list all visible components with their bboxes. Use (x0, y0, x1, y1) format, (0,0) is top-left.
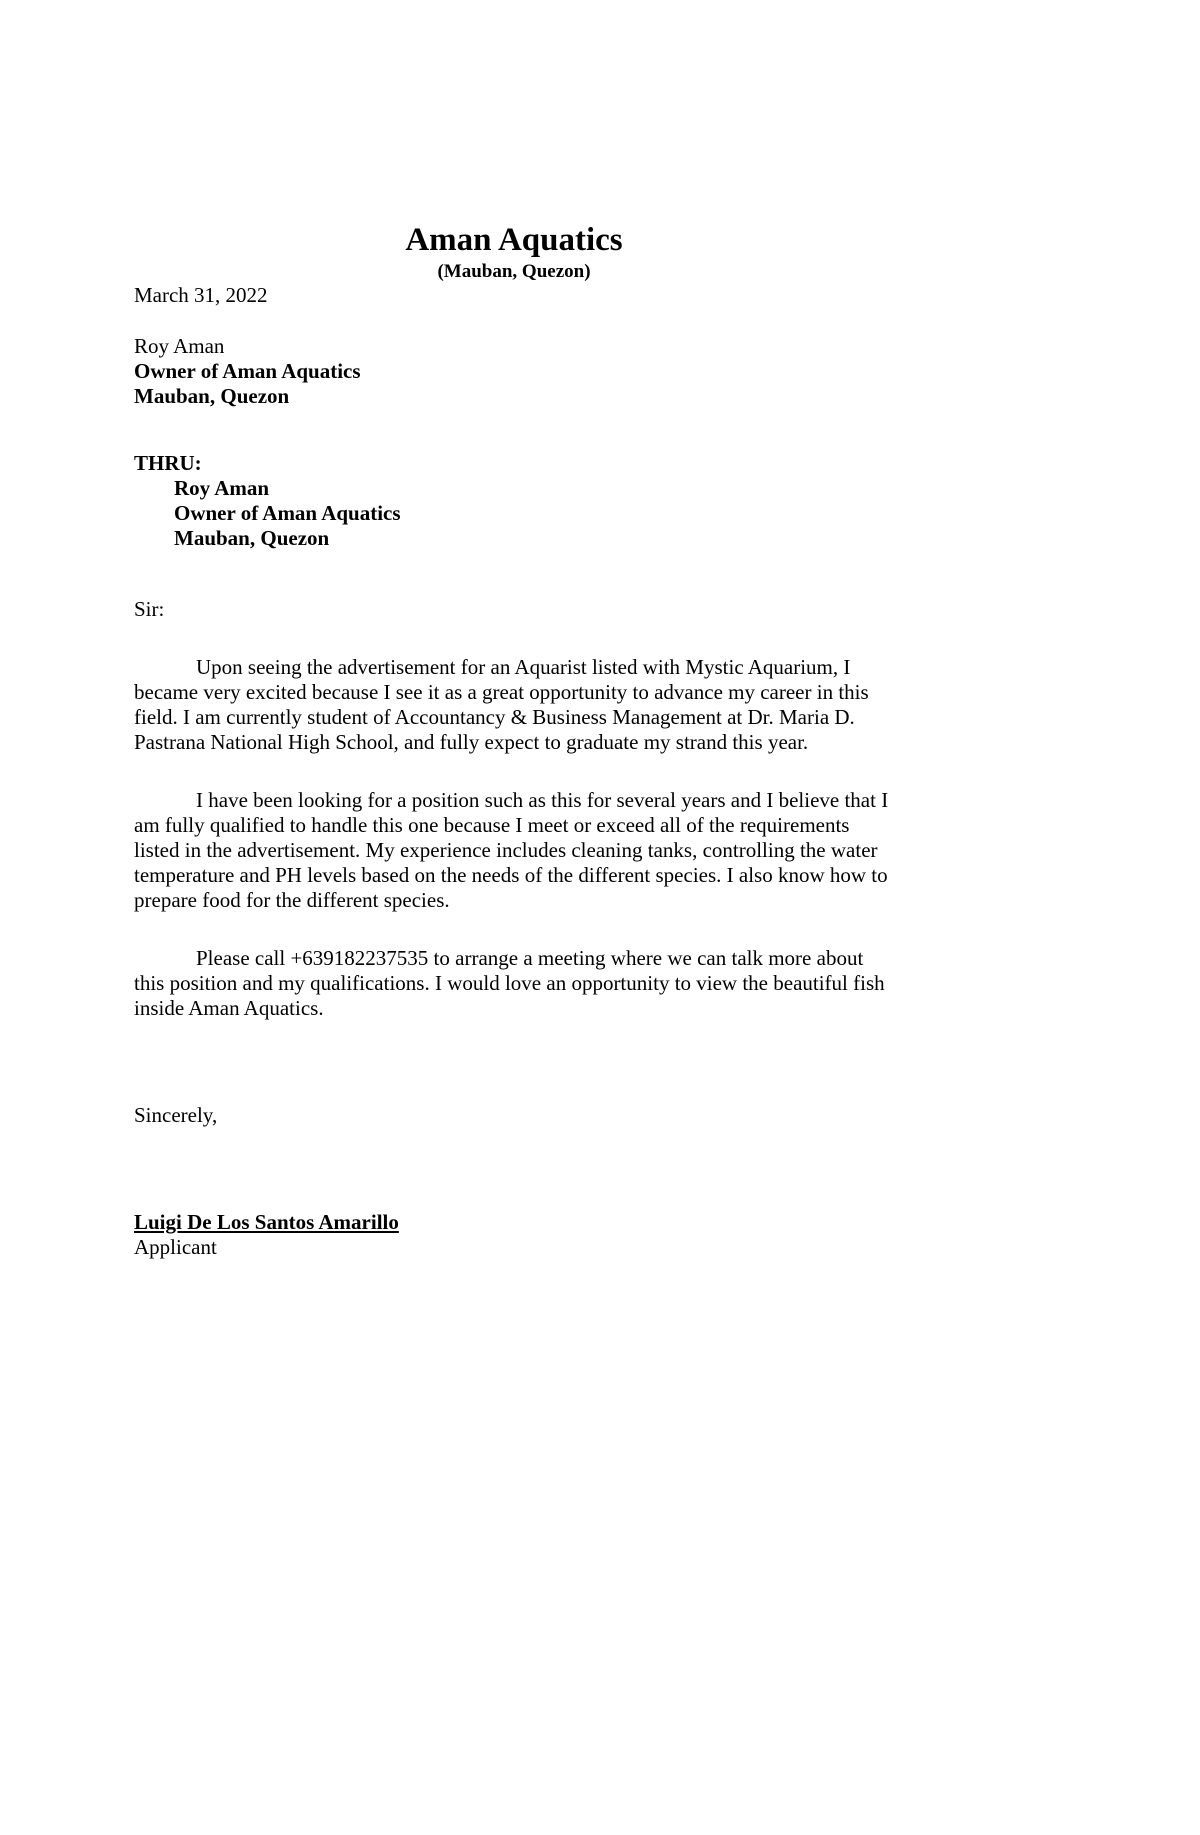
thru-address: Mauban, Quezon (134, 526, 894, 551)
letter-content: Aman Aquatics (Mauban, Quezon) March 31,… (134, 222, 894, 1260)
thru-role: Owner of Aman Aquatics (134, 501, 894, 526)
body-paragraph-1: Upon seeing the advertisement for an Aqu… (134, 655, 894, 755)
body-paragraph-3: Please call +639182237535 to arrange a m… (134, 946, 894, 1021)
signature-role: Applicant (134, 1235, 894, 1260)
company-title: Aman Aquatics (134, 222, 894, 258)
recipient-role: Owner of Aman Aquatics (134, 359, 894, 384)
signature-name: Luigi De Los Santos Amarillo (134, 1210, 894, 1235)
recipient-name: Roy Aman (134, 334, 894, 359)
thru-label: THRU: (134, 451, 894, 476)
recipient-block: Roy Aman Owner of Aman Aquatics Mauban, … (134, 334, 894, 409)
date-line: March 31, 2022 (134, 283, 894, 308)
recipient-address: Mauban, Quezon (134, 384, 894, 409)
letter-page: Aman Aquatics (Mauban, Quezon) March 31,… (0, 0, 1200, 1835)
closing-line: Sincerely, (134, 1103, 894, 1128)
salutation: Sir: (134, 597, 894, 622)
thru-name: Roy Aman (134, 476, 894, 501)
body-paragraph-2: I have been looking for a position such … (134, 788, 894, 913)
company-location-subtitle: (Mauban, Quezon) (134, 260, 894, 283)
thru-block: THRU: Roy Aman Owner of Aman Aquatics Ma… (134, 451, 894, 551)
